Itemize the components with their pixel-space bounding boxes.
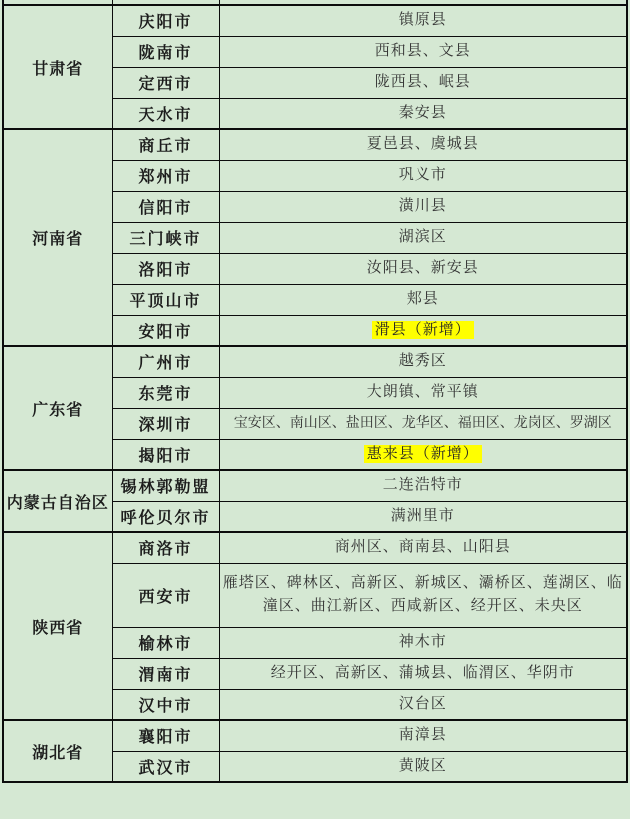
city-cell: 榆林市: [112, 627, 219, 658]
city-cell: 西安市: [112, 563, 219, 627]
districts-cell: 满洲里市: [219, 501, 627, 532]
city-cell: 信阳市: [112, 191, 219, 222]
districts-cell: 陇西县、岷县: [219, 67, 627, 98]
city-cell: 呼伦贝尔市: [112, 501, 219, 532]
city-cell: 襄阳市: [112, 720, 219, 751]
province-city-district-table: 甘肃省 庆阳市 镇原县 陇南市 西和县、文县 定西市 陇西县、岷县 天水市 秦安…: [2, 0, 628, 783]
districts-cell: 滑县（新增）: [219, 315, 627, 346]
districts-cell: 大朗镇、常平镇: [219, 377, 627, 408]
city-cell: 陇南市: [112, 36, 219, 67]
city-cell: 洛阳市: [112, 253, 219, 284]
document-page: 甘肃省 庆阳市 镇原县 陇南市 西和县、文县 定西市 陇西县、岷县 天水市 秦安…: [0, 0, 630, 819]
province-cell: 河南省: [3, 129, 112, 346]
table-row: 河南省 商丘市 夏邑县、虞城县: [3, 129, 627, 160]
districts-cell: 宝安区、南山区、盐田区、龙华区、福田区、龙岗区、罗湖区: [219, 408, 627, 439]
city-cell: 武汉市: [112, 751, 219, 782]
districts-cell: 越秀区: [219, 346, 627, 377]
districts-cell: 惠来县（新增）: [219, 439, 627, 470]
districts-cell: 商州区、商南县、山阳县: [219, 532, 627, 563]
districts-cell: 秦安县: [219, 98, 627, 129]
province-cell: 内蒙古自治区: [3, 470, 112, 532]
districts-cell: 西和县、文县: [219, 36, 627, 67]
table-row: 陕西省 商洛市 商州区、商南县、山阳县: [3, 532, 627, 563]
city-cell: 广州市: [112, 346, 219, 377]
districts-cell: 经开区、高新区、蒲城县、临渭区、华阴市: [219, 658, 627, 689]
city-cell: 庆阳市: [112, 5, 219, 36]
table-row: 甘肃省 庆阳市 镇原县: [3, 5, 627, 36]
districts-cell: 汝阳县、新安县: [219, 253, 627, 284]
city-cell: 天水市: [112, 98, 219, 129]
city-cell: 商丘市: [112, 129, 219, 160]
city-cell: 揭阳市: [112, 439, 219, 470]
city-cell: 平顶山市: [112, 284, 219, 315]
districts-cell: 雁塔区、碑林区、高新区、新城区、灞桥区、莲湖区、临潼区、曲江新区、西咸新区、经开…: [219, 563, 627, 627]
districts-cell: 湖滨区: [219, 222, 627, 253]
city-cell: 郑州市: [112, 160, 219, 191]
districts-cell: 黄陂区: [219, 751, 627, 782]
city-cell: 汉中市: [112, 689, 219, 720]
city-cell: 渭南市: [112, 658, 219, 689]
table-row: 湖北省 襄阳市 南漳县: [3, 720, 627, 751]
table-row: 广东省 广州市 越秀区: [3, 346, 627, 377]
city-cell: 安阳市: [112, 315, 219, 346]
province-cell: 甘肃省: [3, 5, 112, 129]
city-cell: 三门峡市: [112, 222, 219, 253]
city-cell: 深圳市: [112, 408, 219, 439]
city-cell: 商洛市: [112, 532, 219, 563]
highlighted-new-entry: 滑县（新增）: [372, 321, 474, 339]
province-cell: 湖北省: [3, 720, 112, 782]
city-cell: 锡林郭勒盟: [112, 470, 219, 501]
districts-cell: 夏邑县、虞城县: [219, 129, 627, 160]
districts-cell: 南漳县: [219, 720, 627, 751]
city-cell: 定西市: [112, 67, 219, 98]
table-row: 内蒙古自治区 锡林郭勒盟 二连浩特市: [3, 470, 627, 501]
city-cell: 东莞市: [112, 377, 219, 408]
highlighted-new-entry: 惠来县（新增）: [364, 445, 482, 463]
province-cell: 陕西省: [3, 532, 112, 720]
districts-cell: 镇原县: [219, 5, 627, 36]
districts-cell: 郏县: [219, 284, 627, 315]
districts-cell: 神木市: [219, 627, 627, 658]
districts-cell: 二连浩特市: [219, 470, 627, 501]
province-cell: 广东省: [3, 346, 112, 470]
districts-cell: 汉台区: [219, 689, 627, 720]
districts-cell: 巩义市: [219, 160, 627, 191]
districts-cell: 潢川县: [219, 191, 627, 222]
